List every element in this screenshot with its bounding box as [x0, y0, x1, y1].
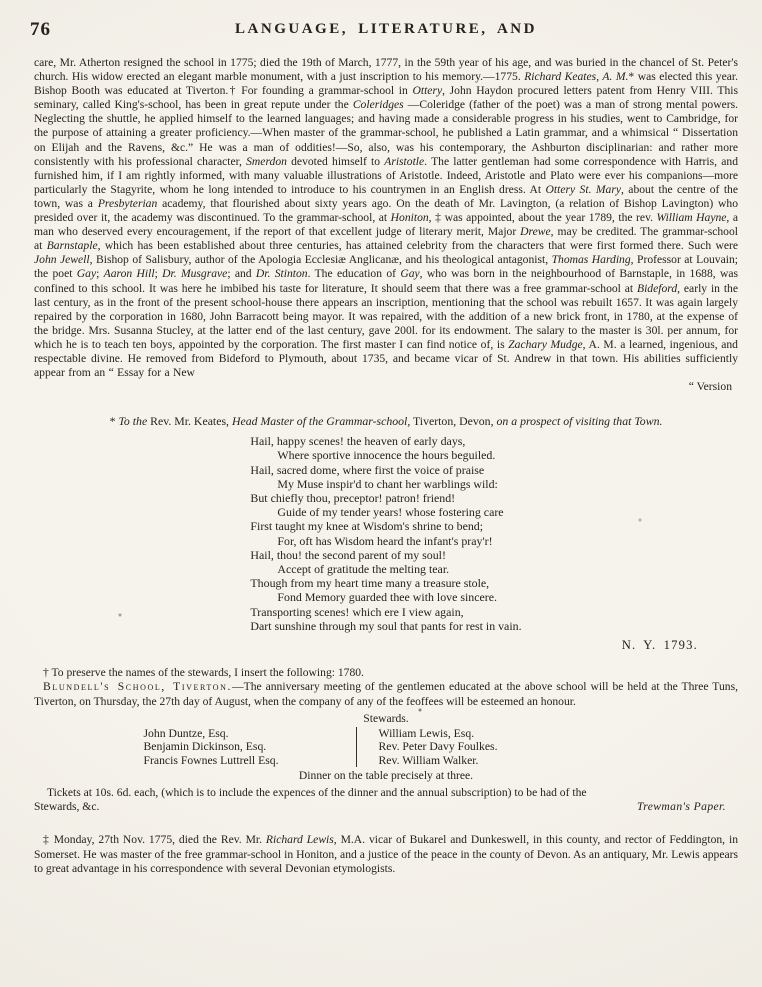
text-segment: Gay — [400, 267, 419, 280]
page-header: 76 LANGUAGE, LITERATURE, AND — [34, 16, 738, 42]
poem-line: My Muse inspir'd to chant her warblings … — [277, 477, 521, 491]
poem-line: Hail, thou! the second parent of my soul… — [250, 548, 521, 562]
text-segment: Coleridges — [353, 98, 404, 111]
poem-line: Dart sunshine through my soul that pants… — [250, 619, 521, 633]
poem-signature: N. Y. 1793. — [34, 638, 738, 653]
text-segment: ; — [96, 267, 104, 280]
page-number: 76 — [30, 19, 51, 41]
text-segment: Head Master of the Grammar-school, — [232, 414, 410, 428]
steward-name: Benjamin Dickinson, Esq. — [144, 740, 356, 753]
text-segment: , Bishop of Salisbury, author of the Apo… — [90, 253, 552, 266]
text-segment: devoted himself to — [287, 155, 384, 168]
text-segment: , which has been established about three… — [98, 239, 738, 252]
steward-name: John Duntze, Esq. — [144, 727, 356, 740]
source-attribution: Trewman's Paper. — [637, 800, 726, 814]
text-segment: Aristotle — [384, 155, 424, 168]
footnote-dagger: † To preserve the names of the stewards,… — [34, 666, 738, 814]
steward-name: Rev. Peter Davy Foulkes. — [379, 740, 629, 753]
poem-line: Accept of gratitude the melting tear. — [277, 562, 521, 576]
poem-line: First taught my knee at Wisdom's shrine … — [250, 519, 521, 533]
text-segment: . The education of — [308, 267, 401, 280]
text-segment: Richard Lewis — [266, 833, 334, 846]
poem-line: Though from my heart time many a treasur… — [250, 576, 521, 590]
text-segment: Rev. Mr. Keates, — [147, 414, 232, 428]
steward-name: William Lewis, Esq. — [379, 727, 629, 740]
text-segment: To the — [118, 414, 147, 428]
poem-line: But chiefly thou, preceptor! patron! fri… — [250, 491, 521, 505]
text-segment: John Jewell — [34, 253, 90, 266]
main-paragraph: care, Mr. Atherton resigned the school i… — [34, 56, 738, 380]
text-segment: Blundell's School, Tiverton. — [43, 680, 232, 693]
tickets-continuation-row: Stewards, &c. Trewman's Paper. — [34, 800, 738, 814]
book-page-scan: 76 LANGUAGE, LITERATURE, AND care, Mr. A… — [0, 0, 762, 987]
footnote-double-dagger: ‡ Monday, 27th Nov. 1775, died the Rev. … — [34, 833, 738, 876]
poem-line: Hail, happy scenes! the heaven of early … — [250, 434, 521, 448]
text-segment: Presbyterian — [98, 197, 157, 210]
text-segment: Smerdon — [246, 155, 287, 168]
poem-line: For, oft has Wisdom heard the infant's p… — [277, 534, 521, 548]
stewards-columns: John Duntze, Esq.Benjamin Dickinson, Esq… — [34, 727, 738, 767]
footnote-dagger-announcement: Blundell's School, Tiverton.—The anniver… — [34, 680, 738, 708]
text-segment: Honiton — [391, 211, 429, 224]
text-segment: Zachary Mudge — [508, 338, 582, 351]
text-segment: on a prospect of visiting that Town. — [496, 414, 662, 428]
running-head: LANGUAGE, LITERATURE, AND — [34, 16, 738, 38]
text-segment: Dr. Stinton — [256, 267, 308, 280]
stewards-heading: Stewards. — [34, 712, 738, 725]
stewards-left-column: John Duntze, Esq.Benjamin Dickinson, Esq… — [144, 727, 356, 767]
poem-line: Hail, sacred dome, where first the voice… — [250, 463, 521, 477]
text-segment: Dr. Musgrave — [162, 267, 227, 280]
text-segment: Ottery — [412, 84, 442, 97]
footnote-star-heading: * To the Rev. Mr. Keates, Head Master of… — [76, 414, 696, 429]
poem: Hail, happy scenes! the heaven of early … — [250, 434, 521, 633]
page-content: 76 LANGUAGE, LITERATURE, AND care, Mr. A… — [0, 0, 762, 876]
poem-line: Where sportive innocence the hours begui… — [277, 448, 521, 462]
text-segment: Richard Keates, A. M. — [524, 70, 628, 83]
text-segment: Tiverton, Devon, — [410, 414, 496, 428]
tickets-line: Tickets at 10s. 6d. each, (which is to i… — [34, 786, 738, 800]
poem-line: Guide of my tender years! whose fosterin… — [277, 505, 521, 519]
text-segment: Bideford — [637, 282, 677, 295]
text-segment: William Hayne — [657, 211, 727, 224]
text-segment: Drewe — [520, 225, 550, 238]
poem-line: Fond Memory guarded thee with love since… — [277, 590, 521, 604]
dinner-line: Dinner on the table precisely at three. — [34, 769, 738, 783]
steward-name: Rev. William Walker. — [379, 754, 629, 767]
text-segment: Ottery St. Mary — [546, 183, 621, 196]
text-segment: , ‡ was appointed, about the year 1789, … — [429, 211, 657, 224]
text-segment: ; and — [227, 267, 256, 280]
steward-name: Francis Fownes Luttrell Esq. — [144, 754, 356, 767]
tickets-continuation: Stewards, &c. — [34, 800, 99, 814]
text-segment: ‡ Monday, 27th Nov. 1775, died the Rev. … — [43, 833, 266, 846]
text-segment: Gay — [77, 267, 96, 280]
footnote-dagger-intro: † To preserve the names of the stewards,… — [34, 666, 738, 680]
text-segment: Aaron Hill — [104, 267, 155, 280]
text-segment: Barnstaple — [47, 239, 98, 252]
stewards-right-column: William Lewis, Esq.Rev. Peter Davy Foulk… — [356, 727, 629, 767]
text-segment: ; — [155, 267, 163, 280]
catchword: “ Version — [34, 380, 738, 394]
text-segment: Thomas Harding — [552, 253, 631, 266]
poem-line: Transporting scenes! which ere I view ag… — [250, 605, 521, 619]
